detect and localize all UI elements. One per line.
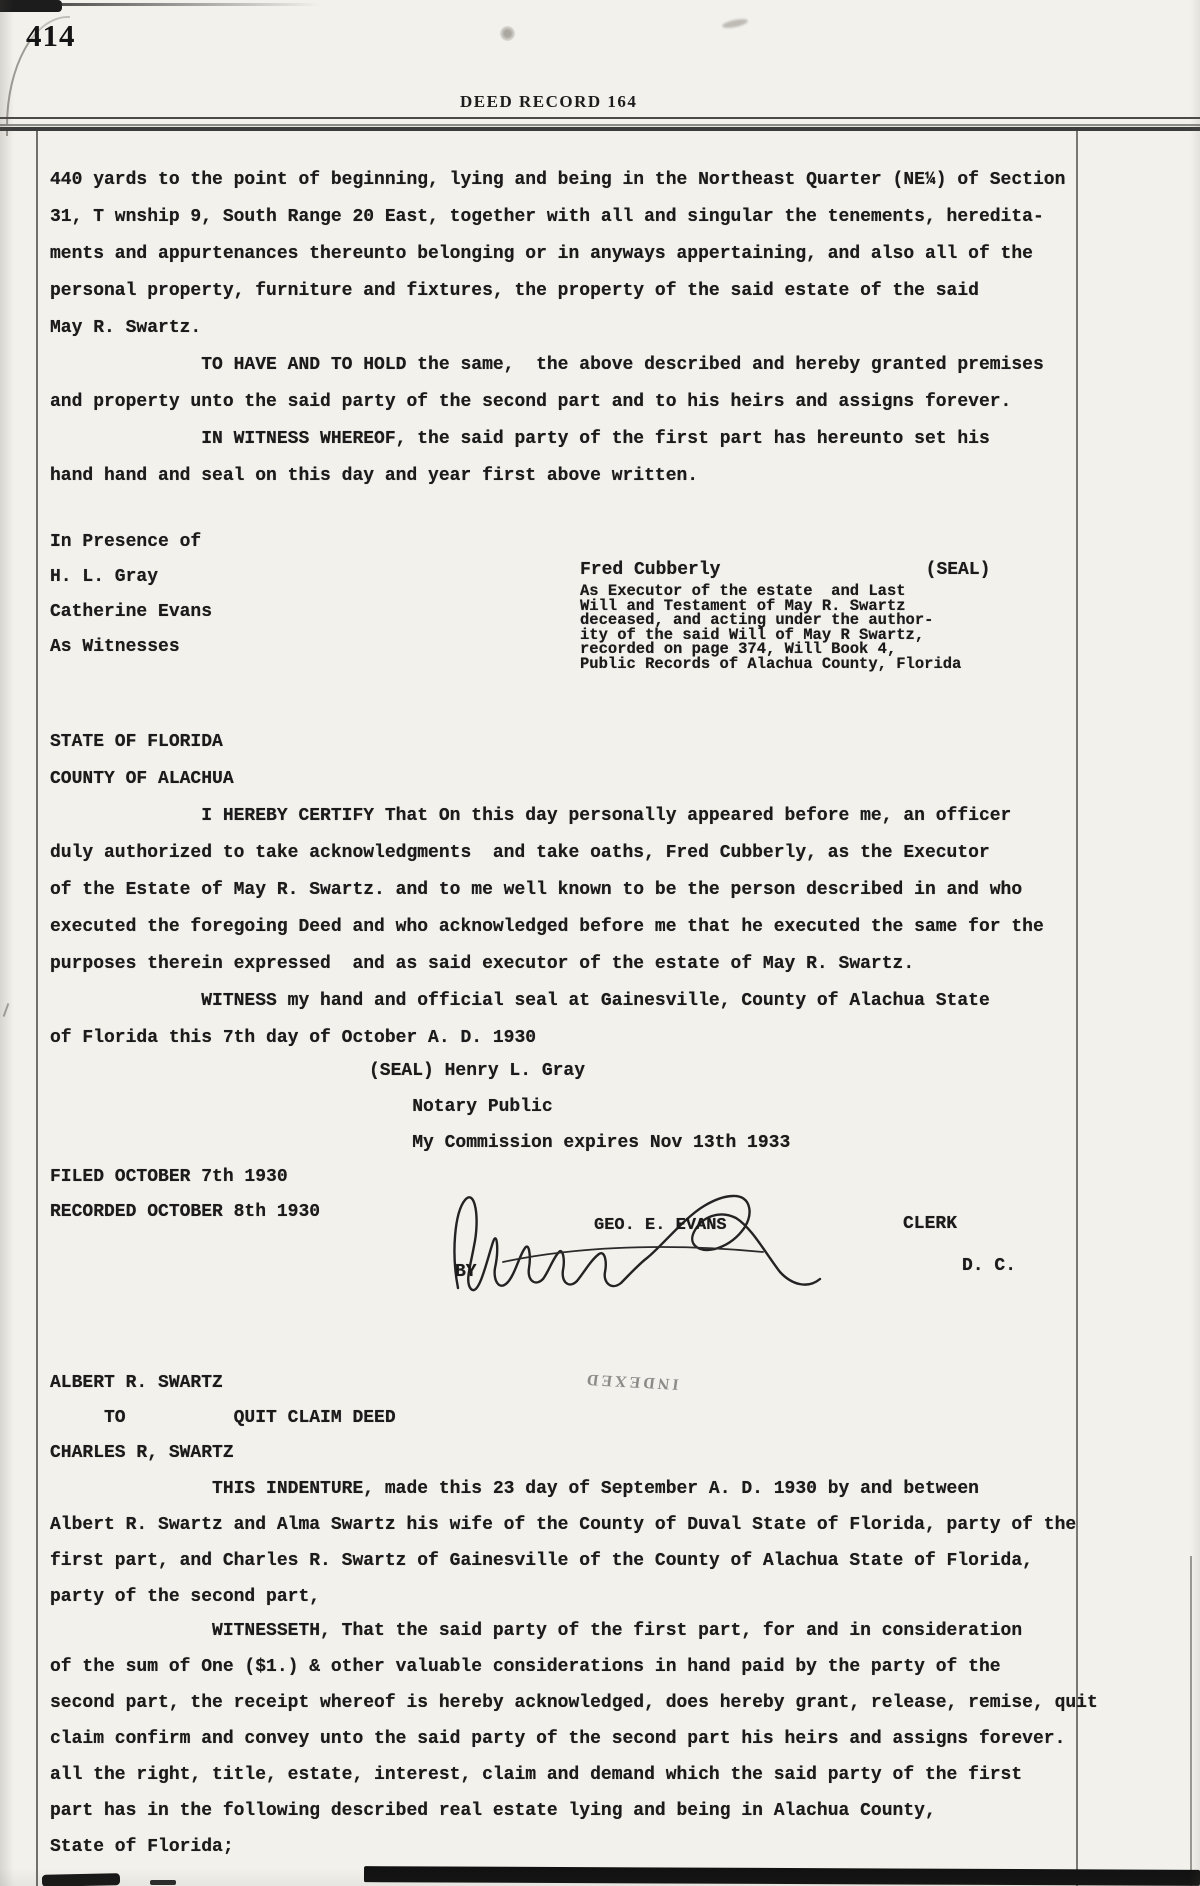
scan-smudge-tick — [722, 17, 749, 29]
executor-capacity-block: As Executor of the estate and Last Will … — [580, 584, 961, 671]
clerk-typed-name: GEO. E. EVANS — [594, 1216, 727, 1236]
bottom-scan-blob — [42, 1873, 120, 1886]
indexed-stamp: INDEXED — [583, 1370, 680, 1393]
binding-tear-line — [60, 3, 320, 6]
clerk-title: CLERK — [903, 1214, 957, 1234]
deed2-caption: ALBERT R. SWARTZ TO QUIT CLAIM DEED CHAR… — [50, 1366, 396, 1471]
witnesses-left-column: In Presence of H. L. Gray Catherine Evan… — [50, 525, 212, 665]
margin-pen-tick — [3, 1003, 10, 1017]
header-rule-thin — [0, 117, 1200, 119]
scan-smudge-dot — [500, 26, 515, 41]
bottom-scan-speck — [150, 1880, 176, 1885]
page-edge-rule — [1190, 1556, 1192, 1886]
left-margin-rule — [36, 131, 38, 1886]
header-rule-thick — [0, 124, 1200, 131]
filing-stamps: FILED OCTOBER 7th 1930 RECORDED OCTOBER … — [50, 1160, 320, 1230]
scanned-deed-page: { "page": { "number": "414", "header": "… — [0, 0, 1200, 1886]
binding-tear-mark — [0, 0, 62, 12]
bottom-scan-bar — [364, 1866, 1200, 1886]
deed2-indenture-paragraph: THIS INDENTURE, made this 23 day of Sept… — [50, 1471, 1076, 1615]
clerk-deputy-initials: D. C. — [962, 1256, 1016, 1276]
clerk-handwritten-signature-icon — [448, 1190, 838, 1315]
notary-signature-block: (SEAL) Henry L. Gray Notary Public My Co… — [369, 1053, 790, 1161]
page-number: 414 — [26, 18, 76, 54]
notary-certification-paragraphs: STATE OF FLORIDA COUNTY OF ALACHUA I HER… — [50, 724, 1044, 1057]
clerk-by-label: BY — [455, 1262, 477, 1282]
deed1-body-paragraphs: 440 yards to the point of beginning, lyi… — [50, 162, 1065, 495]
page-header-title: DEED RECORD 164 — [460, 92, 637, 112]
deed2-witnesseth-paragraph: WITNESSETH, That the said party of the f… — [50, 1613, 1098, 1865]
